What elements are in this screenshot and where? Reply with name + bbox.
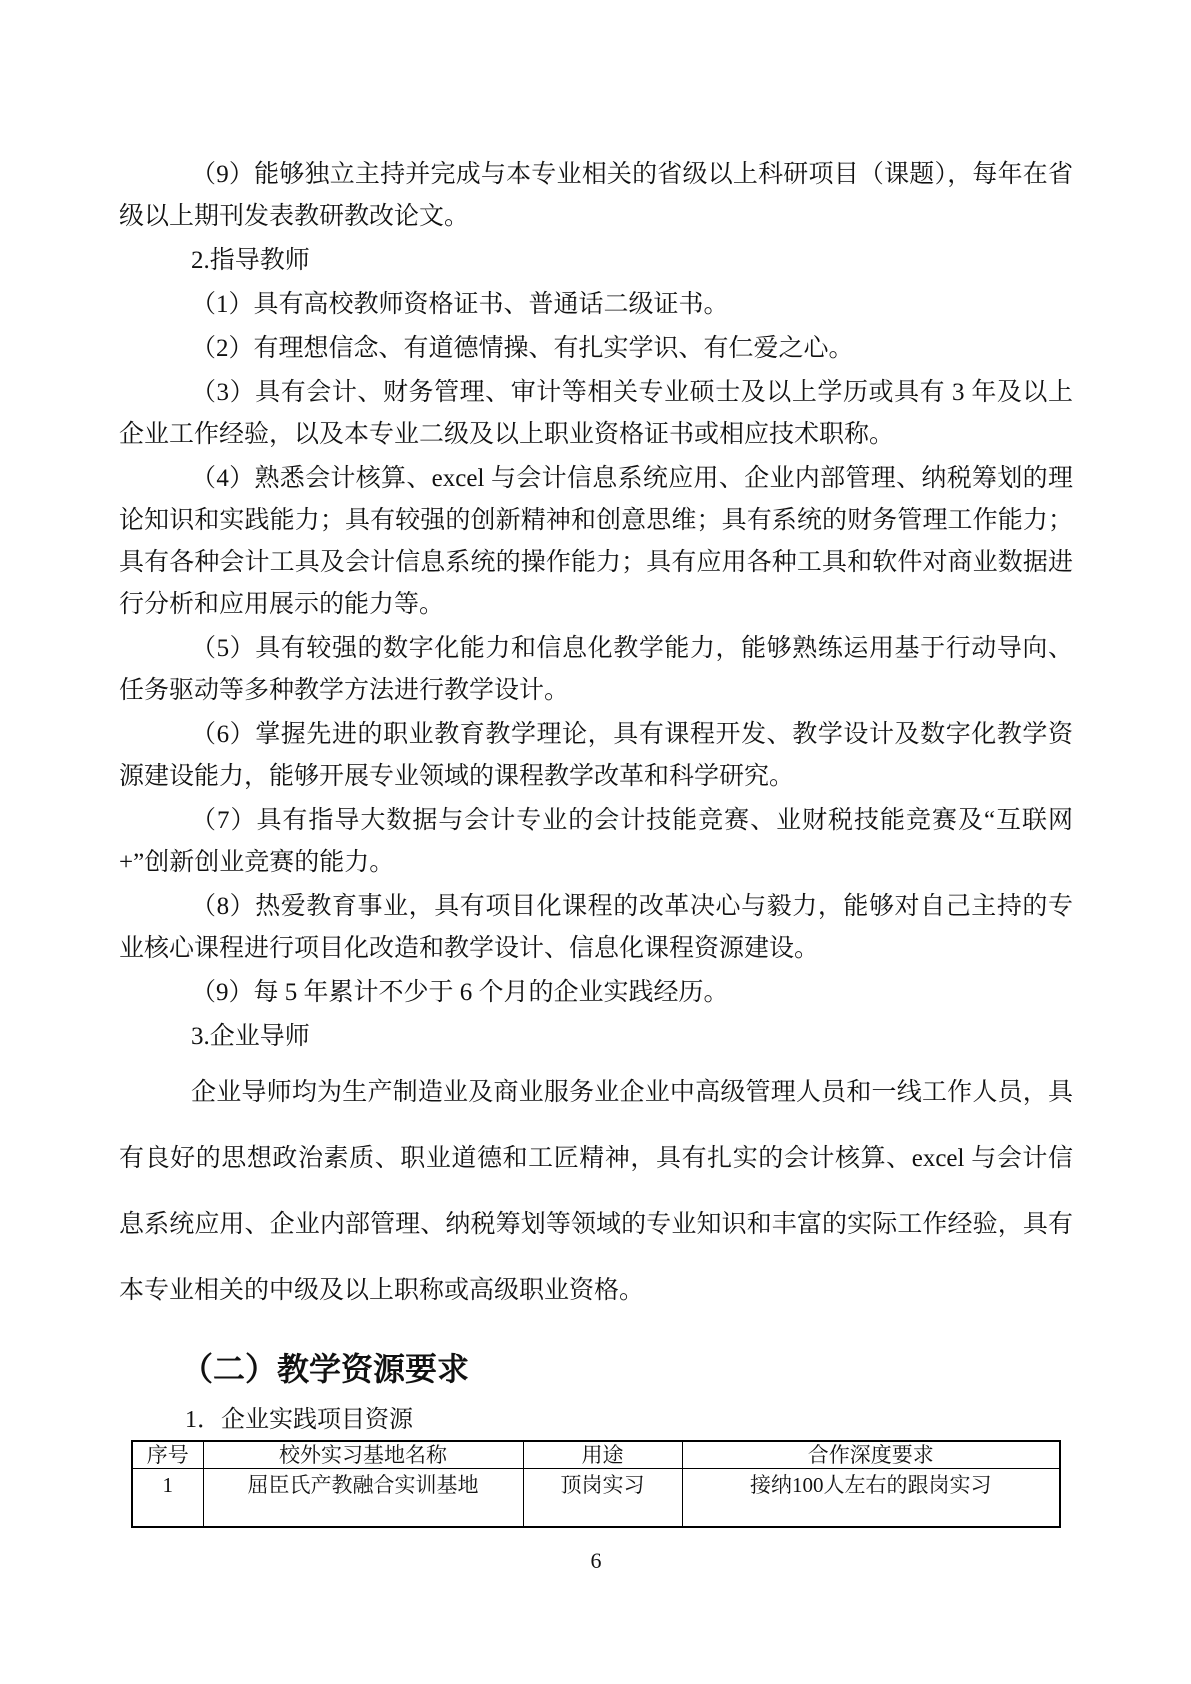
practice-resource-table: 序号校外实习基地名称用途合作深度要求 1屈臣氏产教融合实训基地顶岗实习接纳100… xyxy=(131,1440,1061,1528)
section-heading: （二）教学资源要求 xyxy=(119,1346,1073,1392)
body-paragraph: （2）有理想信念、有道德情操、有扎实学识、有仁爱之心。 xyxy=(119,328,1073,370)
body-paragraph: 3.企业导师 xyxy=(119,1016,1073,1058)
document-content: （9）能够独立主持并完成与本专业相关的省级以上科研项目（课题），每年在省级以上期… xyxy=(119,0,1073,1573)
table-header-cell: 合作深度要求 xyxy=(682,1441,1060,1469)
body-paragraph: （8）热爱教育事业，具有项目化课程的改革决心与毅力，能够对自己主持的专业核心课程… xyxy=(119,886,1073,970)
table-row: 1屈臣氏产教融合实训基地顶岗实习接纳100人左右的跟岗实习 xyxy=(132,1469,1060,1528)
table-header-cell: 用途 xyxy=(523,1441,682,1469)
body-paragraph: （4）熟悉会计核算、excel 与会计信息系统应用、企业内部管理、纳税筹划的理论… xyxy=(119,458,1073,626)
body-paragraph: （9）每 5 年累计不少于 6 个月的企业实践经历。 xyxy=(119,972,1073,1014)
body-paragraph: 企业导师均为生产制造业及商业服务业企业中高级管理人员和一线工作人员，具有良好的思… xyxy=(119,1060,1073,1324)
list-heading: 1．企业实践项目资源 xyxy=(119,1400,1073,1440)
body-paragraph: 2.指导教师 xyxy=(119,240,1073,282)
table-header-cell: 序号 xyxy=(132,1441,203,1469)
table-cell: 接纳100人左右的跟岗实习 xyxy=(682,1469,1060,1528)
table-header-cell: 校外实习基地名称 xyxy=(203,1441,523,1469)
page-number: 6 xyxy=(119,1549,1073,1573)
table-header-row: 序号校外实习基地名称用途合作深度要求 xyxy=(132,1441,1060,1469)
body-paragraphs: （9）能够独立主持并完成与本专业相关的省级以上科研项目（课题），每年在省级以上期… xyxy=(119,154,1073,1324)
body-paragraph: （1）具有高校教师资格证书、普通话二级证书。 xyxy=(119,284,1073,326)
body-paragraph: （3）具有会计、财务管理、审计等相关专业硕士及以上学历或具有 3 年及以上企业工… xyxy=(119,372,1073,456)
table-cell: 顶岗实习 xyxy=(523,1469,682,1528)
document-page: （9）能够独立主持并完成与本专业相关的省级以上科研项目（课题），每年在省级以上期… xyxy=(0,0,1191,1684)
table-cell: 屈臣氏产教融合实训基地 xyxy=(203,1469,523,1528)
body-paragraph: （7）具有指导大数据与会计专业的会计技能竞赛、业财税技能竞赛及“互联网+”创新创… xyxy=(119,800,1073,884)
body-paragraph: （6）掌握先进的职业教育教学理论，具有课程开发、教学设计及数字化教学资源建设能力… xyxy=(119,714,1073,798)
body-paragraph: （9）能够独立主持并完成与本专业相关的省级以上科研项目（课题），每年在省级以上期… xyxy=(119,154,1073,238)
table-cell: 1 xyxy=(132,1469,203,1528)
body-paragraph: （5）具有较强的数字化能力和信息化教学能力，能够熟练运用基于行动导向、任务驱动等… xyxy=(119,628,1073,712)
